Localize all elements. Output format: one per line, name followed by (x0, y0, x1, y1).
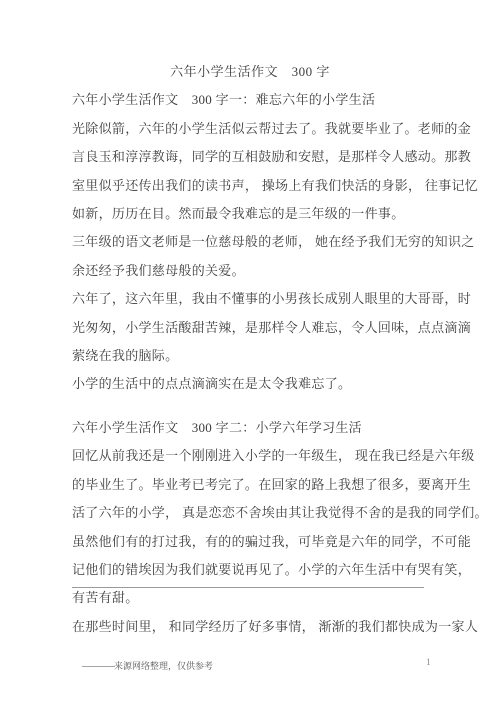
section-1-heading: 六年小学生活作文 300 字一：难忘六年的小学生活 (72, 86, 500, 114)
section-2-body: 回忆从前我还是一个刚刚进入小学的一年级生， 现在我已经是六年级的毕业生了。毕业考… (0, 442, 500, 641)
footer-dash: ———— (82, 661, 114, 671)
footer: ————来源网络整理，仅供参考 (82, 659, 213, 672)
document-title: 六年小学生活作文 300 字 (0, 58, 500, 86)
body-line: 的毕业生了。毕业考已考完了。在回家的路上我想了很多，要离开生 (72, 471, 500, 499)
section-2-heading: 六年小学生活作文 300 字二：小学六年学习生活 (72, 414, 500, 442)
body-line: 光除似箭，六年的小学生活似云帮过去了。我就要毕业了。老师的金 (72, 115, 500, 143)
document-page: 六年小学生活作文 300 字 六年小学生活作文 300 字一：难忘六年的小学生活… (0, 0, 500, 708)
body-line: 活了六年的小学， 真是恋恋不舍埃由其让我觉得不舍的是我的同学们。 (72, 499, 500, 527)
body-line: 三年级的语文老师是一位慈母般的老师， 她在经予我们无穷的知识之 (72, 228, 500, 256)
body-line: 余还经予我们慈母般的关爱。 (72, 257, 500, 285)
body-line: 言良玉和淳淳教诲，同学的互相鼓励和安慰，是那样令人感动。那教 (72, 143, 500, 171)
body-line: 有苦有甜。 (72, 584, 500, 612)
body-line: 萦绕在我的脑际。 (72, 342, 500, 370)
body-line: 小学的生活中的点点滴滴实在是太令我难忘了。 (72, 370, 500, 398)
section-gap (0, 399, 500, 414)
footer-source-note: 来源网络整理，仅供参考 (114, 661, 213, 671)
body-line: 回忆从前我还是一个刚刚进入小学的一年级生， 现在我已经是六年级 (72, 442, 500, 470)
divider-line (72, 587, 424, 588)
body-line: 光匆匆，小学生活酸甜苦辣，是那样令人难忘，令人回味，点点滴滴 (72, 314, 500, 342)
section-1-body: 光除似箭，六年的小学生活似云帮过去了。我就要毕业了。老师的金言良玉和淳淳教诲，同… (0, 115, 500, 399)
body-line: 在那些时间里， 和同学经历了好多事情， 渐渐的我们都快成为一家人 (72, 613, 500, 641)
body-line: 六年了，这六年里，我由不懂事的小男孩长成别人眼里的大哥哥，时 (72, 285, 500, 313)
page-number: 1 (426, 657, 431, 667)
body-line: 如新，历历在目。然而最令我难忘的是三年级的一件事。 (72, 200, 500, 228)
body-line: 虽然他们有的打过我，有的的骗过我，可毕竟是六年的同学，不可能 (72, 528, 500, 556)
body-line: 室里似乎还传出我们的读书声， 操场上有我们快活的身影， 往事记忆 (72, 172, 500, 200)
body-line: 记他们的错埃因为我们就要说再见了。小学的六年生活中有哭有笑， (72, 556, 500, 584)
